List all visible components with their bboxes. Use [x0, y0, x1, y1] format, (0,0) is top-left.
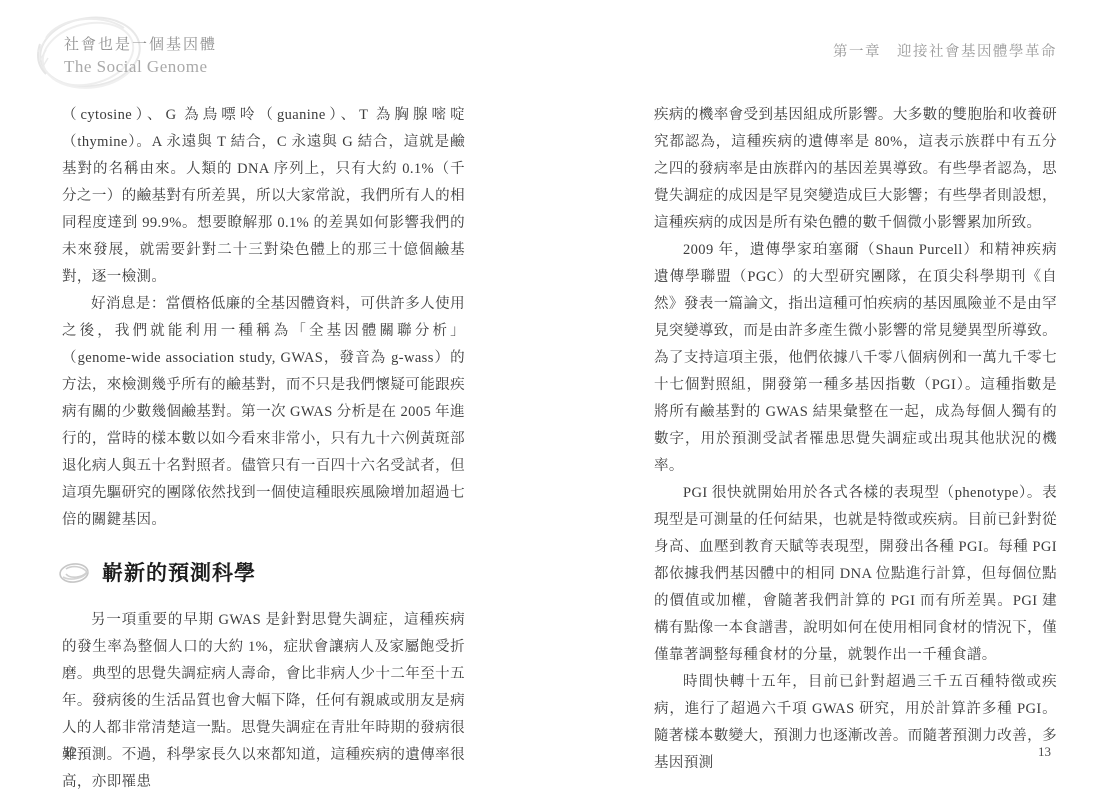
section-heading: 嶄新的預測科學: [102, 563, 256, 584]
paragraph: 好消息是：當價格低廉的全基因體資料，可供許多人使用之後，我們就能利用一種稱為「全…: [62, 291, 465, 534]
paragraph: 2009 年，遺傳學家珀塞爾（Shaun Purcell）和精神疾病遺傳學聯盟（…: [654, 237, 1057, 480]
page-number-left: 12: [64, 744, 77, 760]
left-page-text: （cytosine）、G 為鳥嘌呤（guanine）、T 為胸腺嘧啶（thymi…: [62, 102, 465, 794]
book-title-en: The Social Genome: [64, 57, 217, 77]
paragraph: 另一項重要的早期 GWAS 是針對思覺失調症，這種疾病的發生率為整個人口的大約 …: [62, 607, 465, 794]
chapter-header: 第一章 迎接社會基因體學革命: [654, 40, 1057, 61]
paragraph: （cytosine）、G 為鳥嘌呤（guanine）、T 為胸腺嘧啶（thymi…: [62, 102, 465, 291]
book-spread: 社會也是一個基因體 The Social Genome 第一章 迎接社會基因體學…: [0, 0, 1119, 794]
right-page-text: 疾病的機率會受到基因組成所影響。大多數的雙胞胎和收養研究都認為，這種疾病的遺傳率…: [654, 102, 1057, 777]
paragraph: 時間快轉十五年，目前已針對超過三千五百種特徵或疾病，進行了超過六千項 GWAS …: [654, 669, 1057, 777]
cell-sketch-icon: [58, 561, 92, 585]
book-header: 社會也是一個基因體 The Social Genome: [64, 33, 217, 77]
book-title-zh: 社會也是一個基因體: [64, 33, 217, 54]
page-number-right: 13: [1038, 744, 1051, 760]
paragraph: 疾病的機率會受到基因組成所影響。大多數的雙胞胎和收養研究都認為，這種疾病的遺傳率…: [654, 102, 1057, 237]
paragraph: PGI 很快就開始用於各式各樣的表現型（phenotype）。表現型是可測量的任…: [654, 480, 1057, 669]
section-heading-row: 嶄新的預測科學: [58, 561, 465, 585]
